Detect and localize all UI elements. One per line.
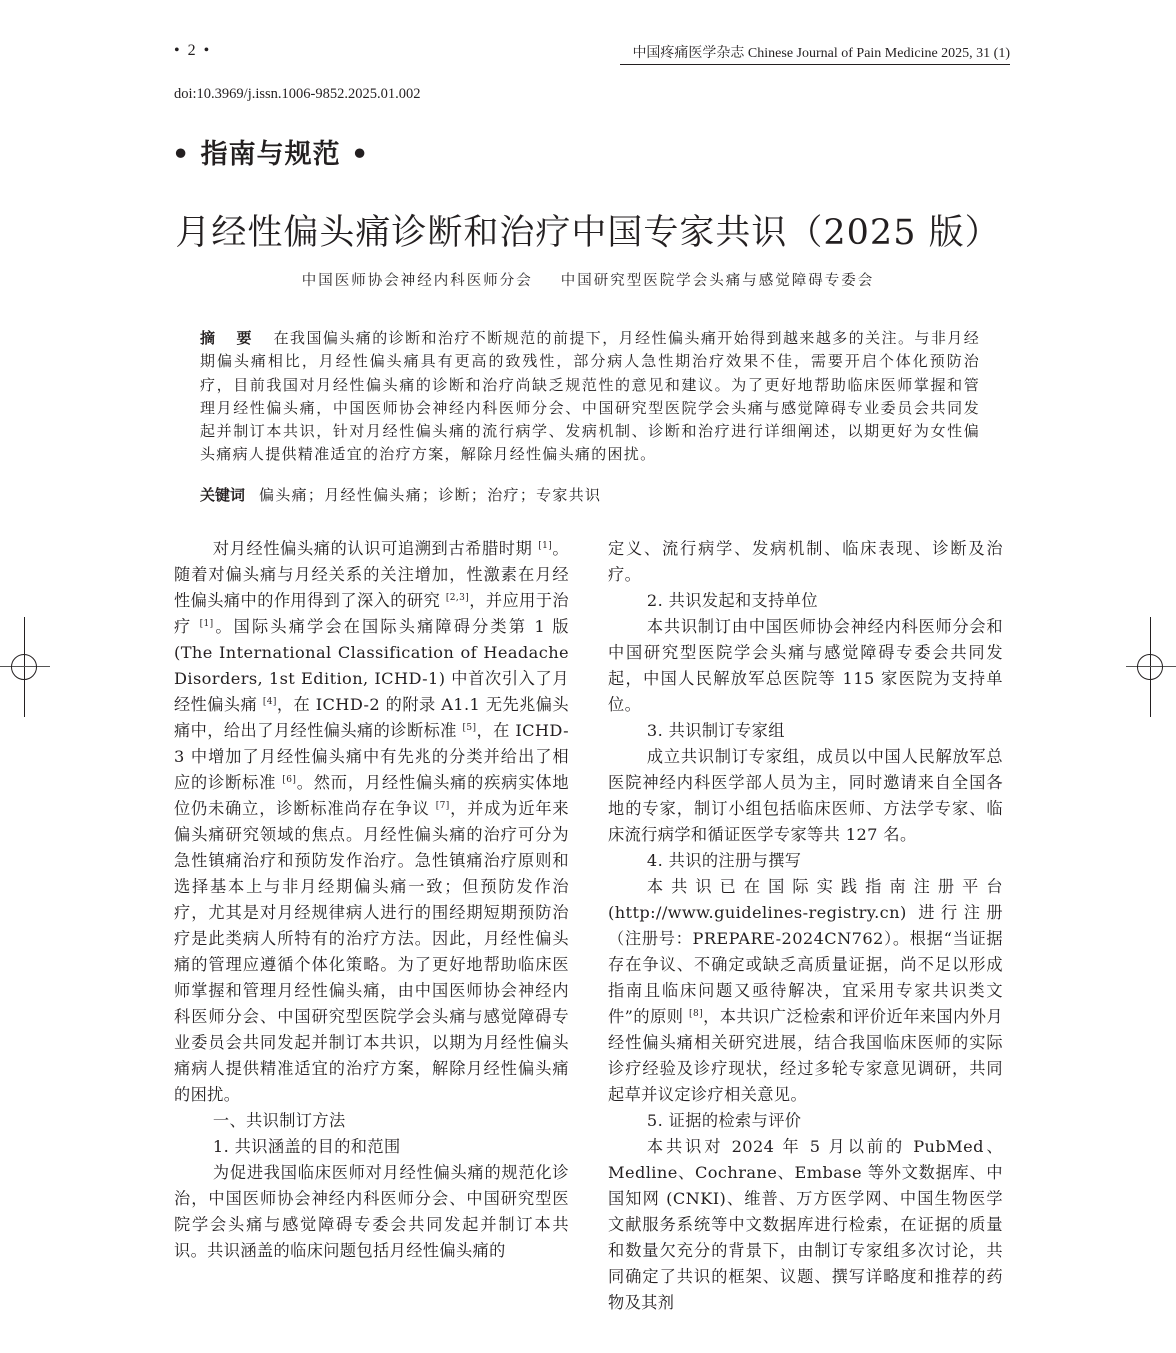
abstract-text: 在我国偏头痛的诊断和治疗不断规范的前提下，月经性偏头痛开始得到越来越多的关注。与… [200,329,980,463]
citation-marker: [6] [282,775,296,785]
citation-marker: [2,3] [446,593,469,603]
article-title: 月经性偏头痛诊断和治疗中国专家共识（2025 版） [0,205,1176,255]
body-paragraph: 本共识已在国际实践指南注册平台 (http://www.guidelines-r… [608,874,1003,1108]
body-paragraph: 对月经性偏头痛的认识可追溯到古希腊时期 [1]。随着对偏头痛与月经关系的关注增加… [174,536,569,1108]
section-heading: 4. 共识的注册与撰写 [608,848,1003,874]
body-paragraph: 为促进我国临床医师对月经性偏头痛的规范化诊治，中国医师协会神经内科医师分会、中国… [174,1160,569,1264]
section-heading: 2. 共识发起和支持单位 [608,588,1003,614]
right-crosshair-icon [1126,617,1176,717]
doi: doi:10.3969/j.issn.1006-9852.2025.01.002 [174,86,421,103]
section-heading: 一、共识制订方法 [174,1108,569,1134]
body-paragraph: 成立共识制订专家组，成员以中国人民解放军总医院神经内科医学部人员为主，同时邀请来… [608,744,1003,848]
page-number: • 2 • [174,42,211,60]
body-column-right: 定义、流行病学、发病机制、临床表现、诊断及治疗。2. 共识发起和支持单位本共识制… [608,536,1003,1316]
citation-marker: [4] [263,697,277,707]
keywords: 关键词偏头痛；月经性偏头痛；诊断；治疗；专家共识 [200,484,980,505]
body-paragraph: 本共识对 2024 年 5 月以前的 PubMed、Medline、Cochra… [608,1134,1003,1316]
section-heading: 1. 共识涵盖的目的和范围 [174,1134,569,1160]
keywords-text: 偏头痛；月经性偏头痛；诊断；治疗；专家共识 [259,486,601,504]
citation-marker: [8] [689,1009,703,1019]
citation-marker: [7] [436,801,450,811]
citation-marker: [5] [462,723,476,733]
authors: 中国医师协会神经内科医师分会中国研究型医院学会头痛与感觉障碍专委会 [0,269,1176,290]
citation-marker: [1] [538,541,552,551]
body-paragraph: 定义、流行病学、发病机制、临床表现、诊断及治疗。 [608,536,1003,588]
abstract-label: 摘 要 [200,329,260,347]
author-org-1: 中国医师协会神经内科医师分会 [302,273,533,289]
section-tag: • 指南与规范 • [172,132,369,171]
author-org-2: 中国研究型医院学会头痛与感觉障碍专委会 [561,273,875,289]
section-heading: 5. 证据的检索与评价 [608,1108,1003,1134]
body-paragraph: 本共识制订由中国医师协会神经内科医师分会和中国研究型医院学会头痛与感觉障碍专委会… [608,614,1003,718]
left-crosshair-icon [0,617,50,717]
section-heading: 3. 共识制订专家组 [608,718,1003,744]
body-column-left: 对月经性偏头痛的认识可追溯到古希腊时期 [1]。随着对偏头痛与月经关系的关注增加… [174,536,569,1264]
running-head: 中国疼痛医学杂志 Chinese Journal of Pain Medicin… [620,42,1010,65]
abstract: 摘 要在我国偏头痛的诊断和治疗不断规范的前提下，月经性偏头痛开始得到越来越多的关… [200,327,980,467]
keywords-label: 关键词 [200,486,245,504]
citation-marker: [1] [200,619,214,629]
